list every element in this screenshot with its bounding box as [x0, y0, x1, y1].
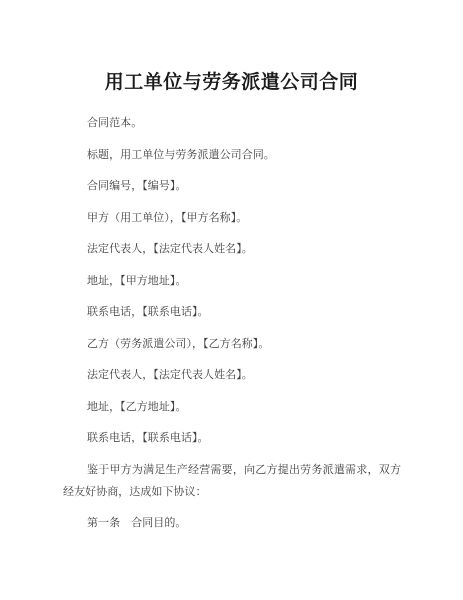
paragraph-party-b-address: 地址，【乙方地址】。 [63, 396, 401, 418]
paragraph-preamble: 鉴于甲方为满足生产经营需要，向乙方提出劳务派遣需求，双方经友好协商，达成如下协议… [63, 459, 401, 503]
paragraph-party-b-legal-representative: 法定代表人，【法定代表人姓名】。 [63, 364, 401, 386]
document-body: 合同范本。 标题，用工单位与劳务派遣公司合同。 合同编号，【编号】。 甲方（用工… [0, 112, 463, 534]
paragraph-party-a-phone: 联系电话，【联系电话】。 [63, 301, 401, 323]
paragraph-party-b: 乙方（劳务派遣公司），【乙方名称】。 [63, 333, 401, 355]
paragraph-party-a: 甲方（用工单位），【甲方名称】。 [63, 207, 401, 229]
paragraph-contract-number: 合同编号，【编号】。 [63, 175, 401, 197]
paragraph-title-line: 标题，用工单位与劳务派遣公司合同。 [63, 144, 401, 166]
paragraph-article-1-heading: 第一条 合同目的。 [63, 512, 401, 534]
document-title: 用工单位与劳务派遣公司合同 [0, 0, 463, 96]
document-page: 用工单位与劳务派遣公司合同 合同范本。 标题，用工单位与劳务派遣公司合同。 合同… [0, 0, 463, 600]
paragraph-contract-template: 合同范本。 [63, 112, 401, 134]
paragraph-party-a-legal-representative: 法定代表人，【法定代表人姓名】。 [63, 238, 401, 260]
paragraph-party-a-address: 地址，【甲方地址】。 [63, 270, 401, 292]
paragraph-party-b-phone: 联系电话，【联系电话】。 [63, 427, 401, 449]
